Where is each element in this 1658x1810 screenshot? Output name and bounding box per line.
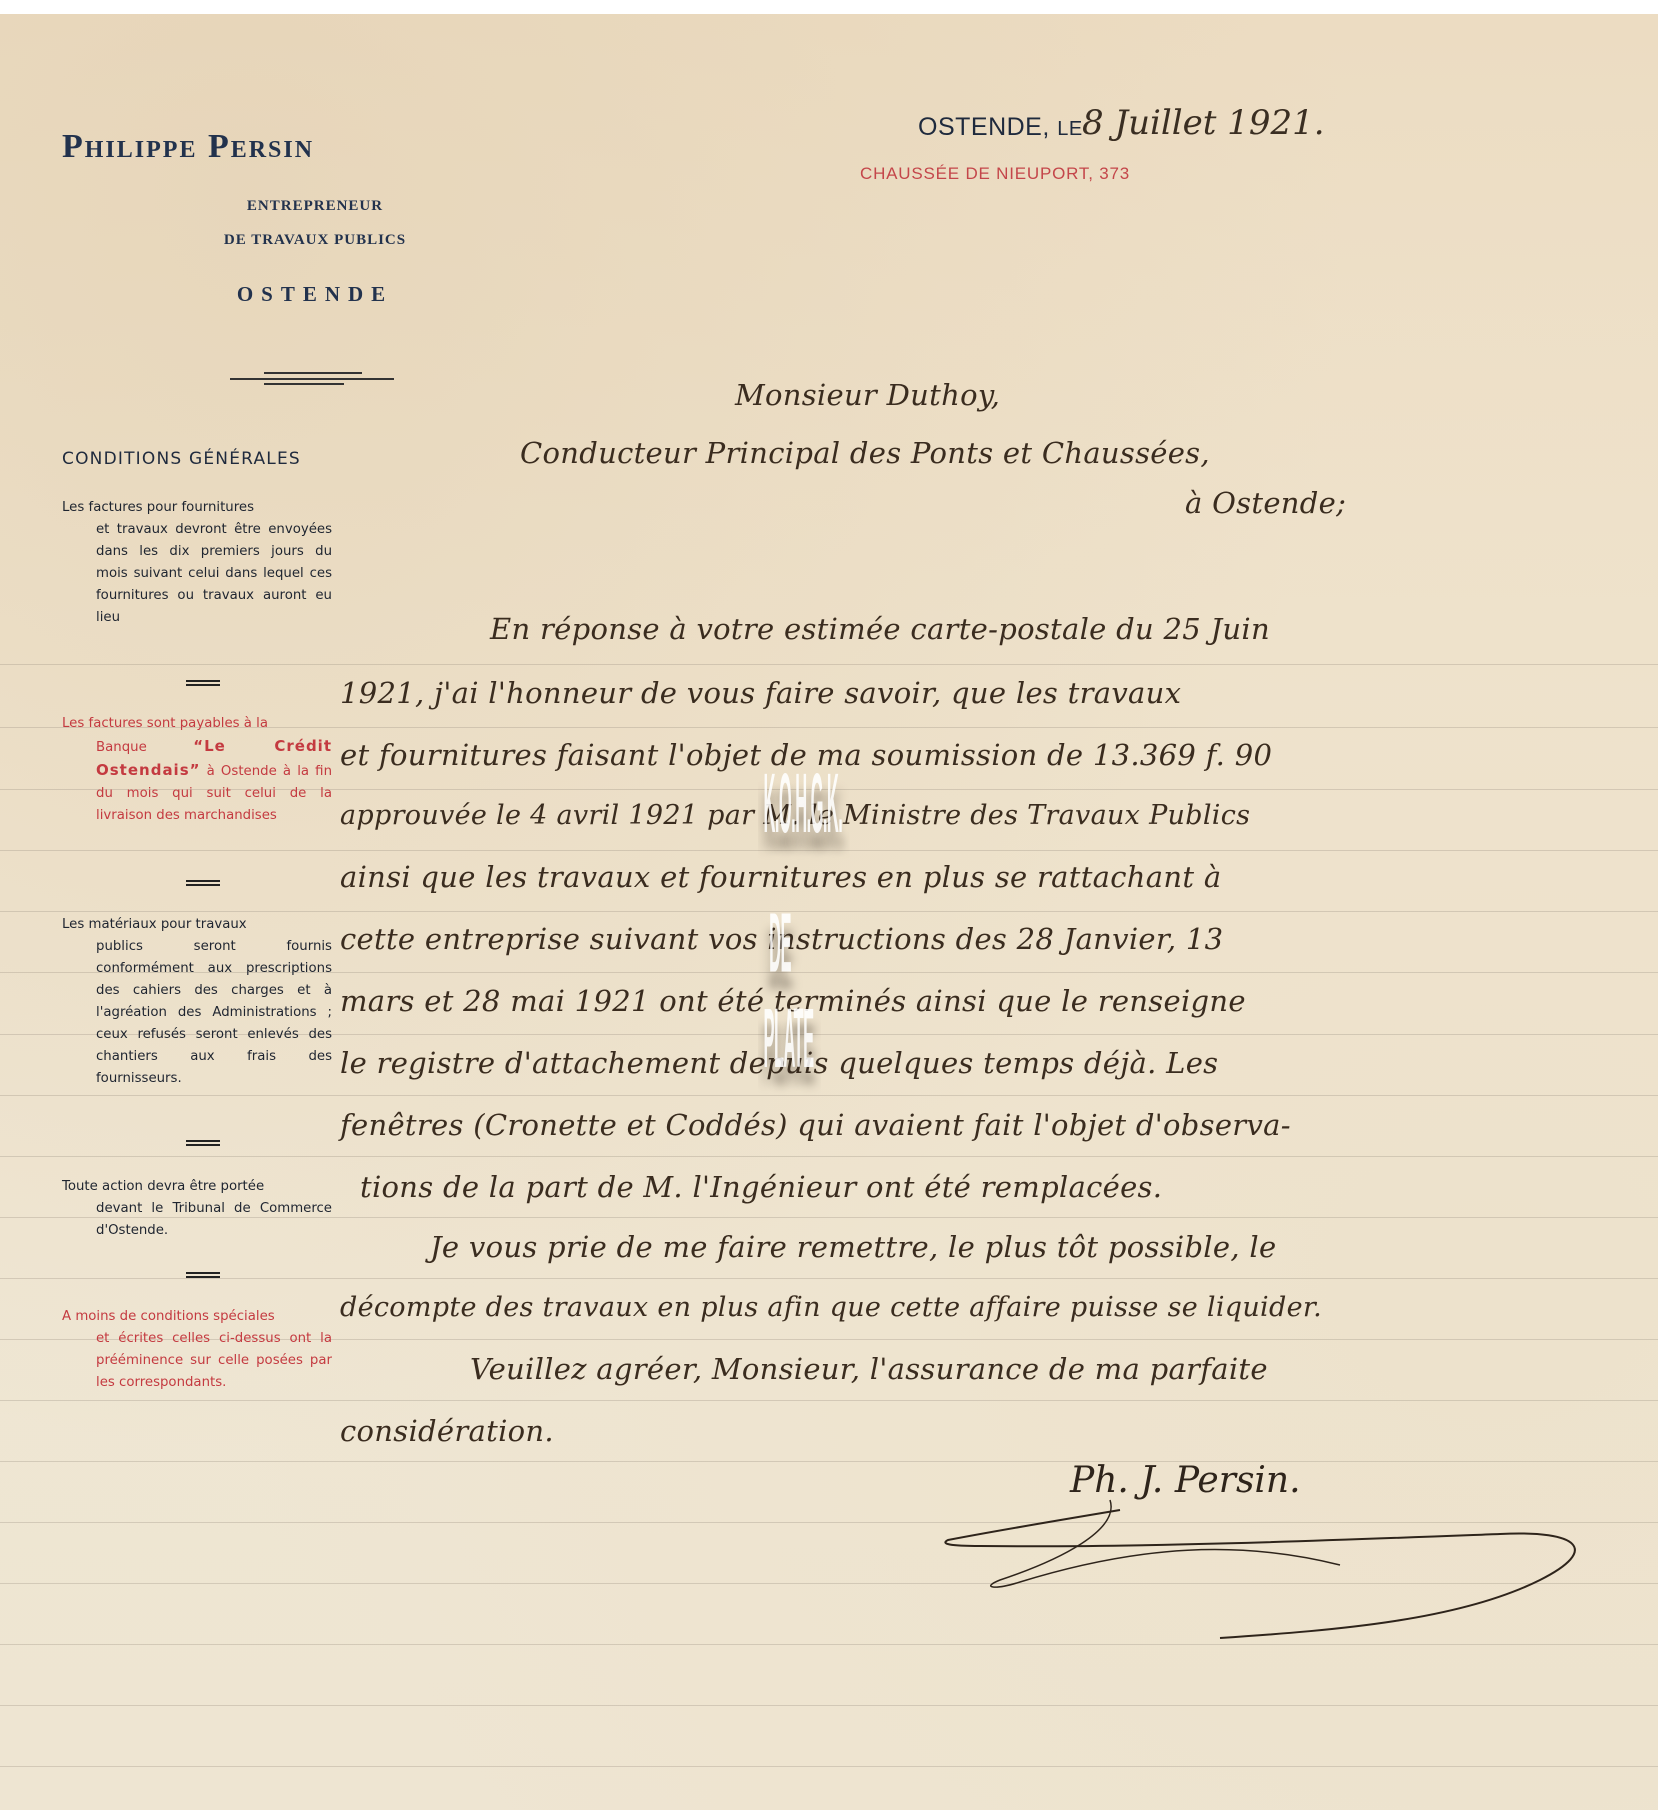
ruled-line xyxy=(0,911,1658,912)
company-title-line1: ENTREPRENEUR xyxy=(150,198,480,215)
body-line: Veuillez agréer, Monsieur, l'assurance d… xyxy=(470,1352,1268,1386)
double-rule-divider xyxy=(186,1272,220,1278)
body-line: ainsi que les travaux et fournitures en … xyxy=(340,860,1221,894)
signature-flourish-icon xyxy=(940,1470,1580,1670)
ruled-line xyxy=(0,1766,1658,1767)
company-address: CHAUSSÉE DE NIEUPORT, 373 xyxy=(860,164,1130,184)
body-line: fenêtres (Cronette et Coddés) qui avaien… xyxy=(340,1108,1291,1142)
ruled-line xyxy=(0,1461,1658,1462)
handwritten-date: 8 Juillet 1921. xyxy=(1082,103,1325,143)
double-rule-divider xyxy=(186,680,220,686)
ruled-line xyxy=(0,664,1658,665)
ruled-line xyxy=(0,1095,1658,1096)
condition-invoices: Les factures pour fournitures et travaux… xyxy=(62,497,332,629)
ruled-line xyxy=(0,1705,1658,1706)
ruled-line xyxy=(0,1156,1658,1157)
body-line: Je vous prie de me faire remettre, le pl… xyxy=(430,1230,1276,1264)
watermark-line2: DE PLATE xyxy=(764,899,797,1089)
recipient-title: Conducteur Principal des Ponts et Chauss… xyxy=(520,436,1210,470)
condition-materials: Les matériaux pour travaux publics seron… xyxy=(62,914,332,1090)
condition-preeminence: A moins de conditions spéciales et écrit… xyxy=(62,1306,332,1394)
condition-payment: Les factures sont payables à la Banque “… xyxy=(62,713,332,827)
body-line: 1921, j'ai l'honneur de vous faire savoi… xyxy=(340,676,1181,710)
condition-tribunal: Toute action devra être portée devant le… xyxy=(62,1176,332,1242)
recipient-city: à Ostende; xyxy=(1185,486,1346,520)
body-line: tions de la part de M. l'Ingénieur ont é… xyxy=(360,1170,1162,1204)
double-rule-divider xyxy=(186,1140,220,1146)
place-le: LE xyxy=(1057,118,1082,140)
ruled-line xyxy=(0,1400,1658,1401)
place-city: OSTENDE, xyxy=(918,113,1050,141)
place-line: OSTENDE, LE xyxy=(918,113,1083,142)
company-city: OSTENDE xyxy=(150,282,480,307)
company-name: Philippe Persin xyxy=(62,128,562,166)
body-line: considération. xyxy=(340,1414,554,1448)
body-line: décompte des travaux en plus afin que ce… xyxy=(340,1292,1322,1323)
watermark-line1: K.O.H.G.K. xyxy=(764,759,797,854)
conditions-title: CONDITIONS GÉNÉRALES xyxy=(62,449,301,469)
body-line: En réponse à votre estimée carte-postale… xyxy=(490,612,1270,646)
company-title-line2: DE TRAVAUX PUBLICS xyxy=(150,232,480,249)
double-rule-divider xyxy=(186,880,220,886)
ruled-line xyxy=(0,1278,1658,1279)
ornament-divider xyxy=(230,372,400,386)
salutation: Monsieur Duthoy, xyxy=(735,378,1000,412)
